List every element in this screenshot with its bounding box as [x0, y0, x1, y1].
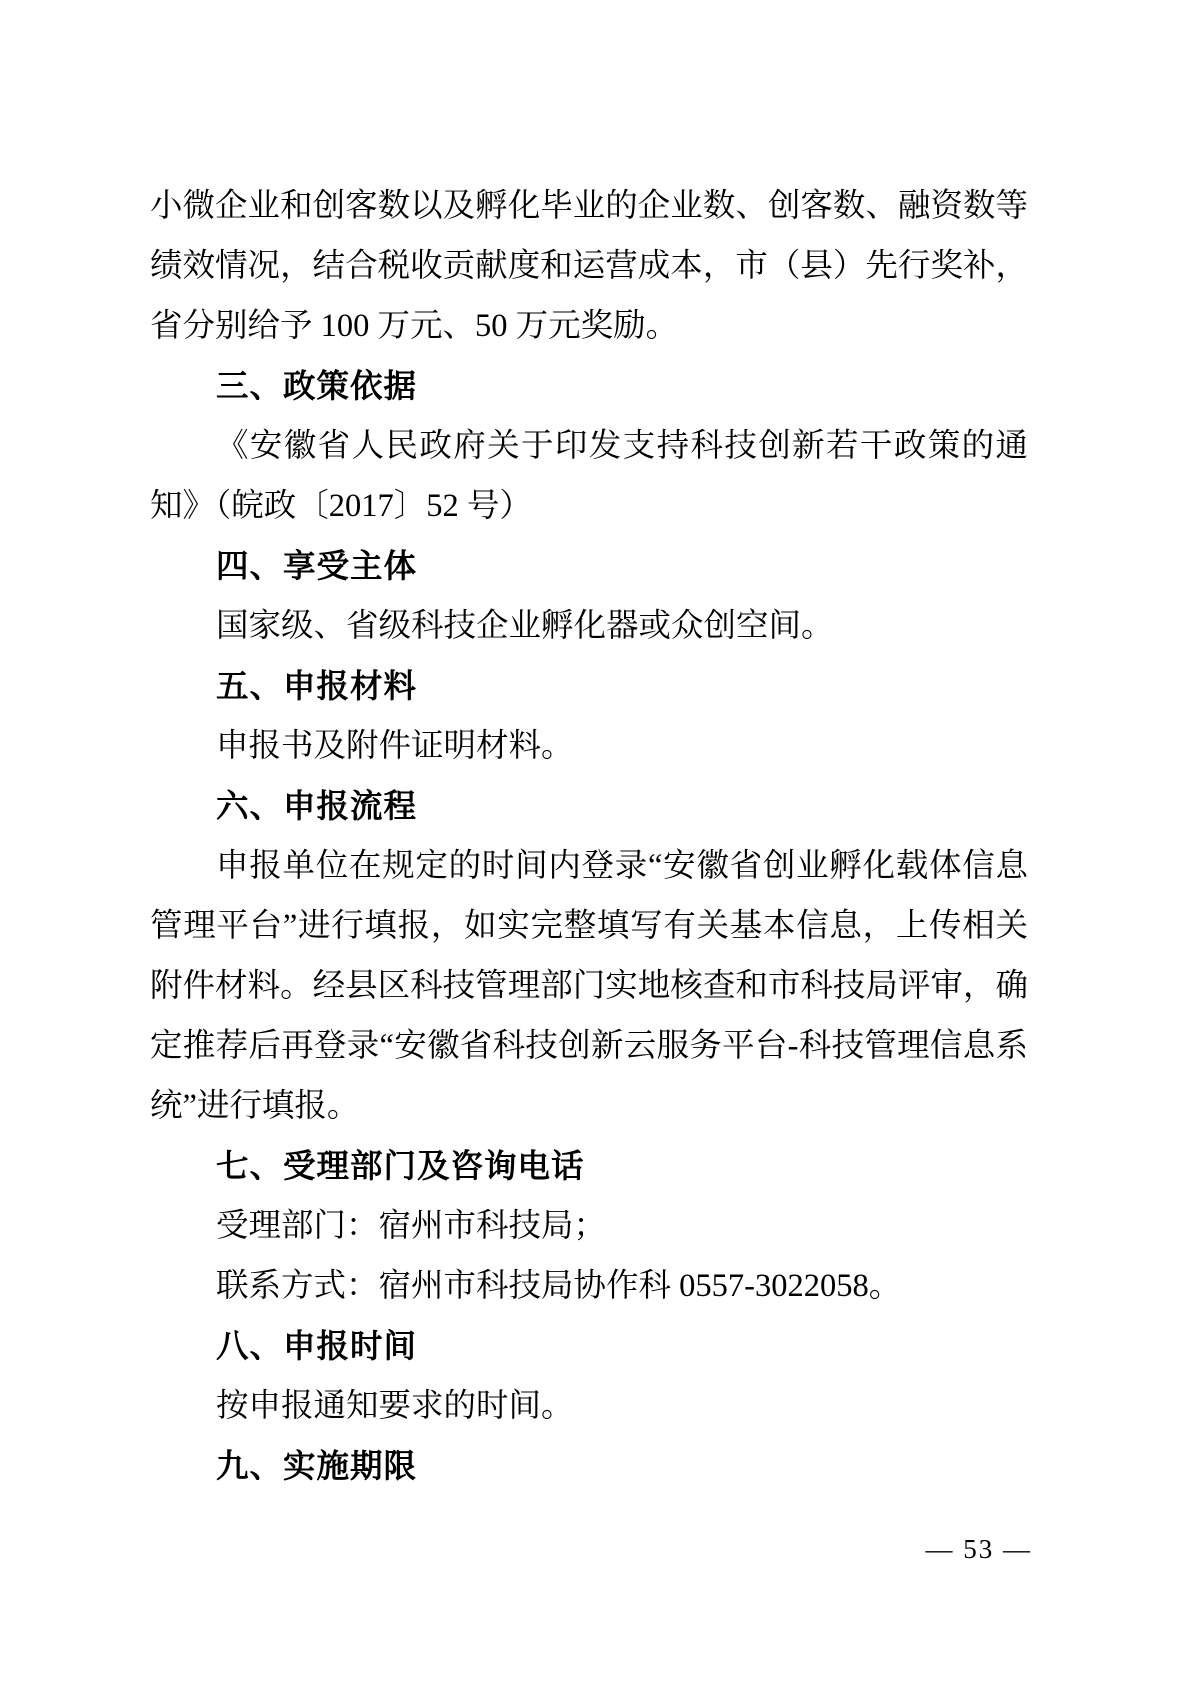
document-page: 小微企业和创客数以及孵化毕业的企业数、创客数、融资数等绩效情况，结合税收贡献度和…: [0, 0, 1190, 1683]
section-heading-application-process: 六、申报流程: [150, 776, 1028, 836]
section-paragraph-application-materials: 申报书及附件证明材料。: [150, 716, 1028, 776]
section-paragraph-application-process: 申报单位在规定的时间内登录“安徽省创业孵化载体信息管理平台”进行填报，如实完整填…: [150, 836, 1028, 1136]
section-heading-implementation-period: 九、实施期限: [150, 1436, 1028, 1496]
section-heading-beneficiaries: 四、享受主体: [150, 536, 1028, 596]
section-heading-policy-basis: 三、政策依据: [150, 356, 1028, 416]
page-number: — 53 —: [926, 1534, 1033, 1564]
page-footer: — 53 —: [926, 1534, 1033, 1564]
section-heading-application-materials: 五、申报材料: [150, 656, 1028, 716]
section-paragraph-beneficiaries: 国家级、省级科技企业孵化器或众创空间。: [150, 596, 1028, 656]
section-paragraph-policy-basis: 《安徽省人民政府关于印发支持科技创新若干政策的通知》（皖政〔2017〕52 号）: [150, 416, 1028, 536]
section-paragraph-accepting-department: 受理部门：宿州市科技局；: [150, 1196, 1028, 1256]
document-body: 小微企业和创客数以及孵化毕业的企业数、创客数、融资数等绩效情况，结合税收贡献度和…: [150, 176, 1028, 1496]
section-paragraph-application-time: 按申报通知要求的时间。: [150, 1376, 1028, 1436]
section-paragraph-contact-phone: 联系方式：宿州市科技局协作科 0557-3022058。: [150, 1256, 1028, 1316]
continuation-paragraph: 小微企业和创客数以及孵化毕业的企业数、创客数、融资数等绩效情况，结合税收贡献度和…: [150, 176, 1028, 356]
section-heading-application-time: 八、申报时间: [150, 1316, 1028, 1376]
section-heading-accepting-department: 七、受理部门及咨询电话: [150, 1136, 1028, 1196]
